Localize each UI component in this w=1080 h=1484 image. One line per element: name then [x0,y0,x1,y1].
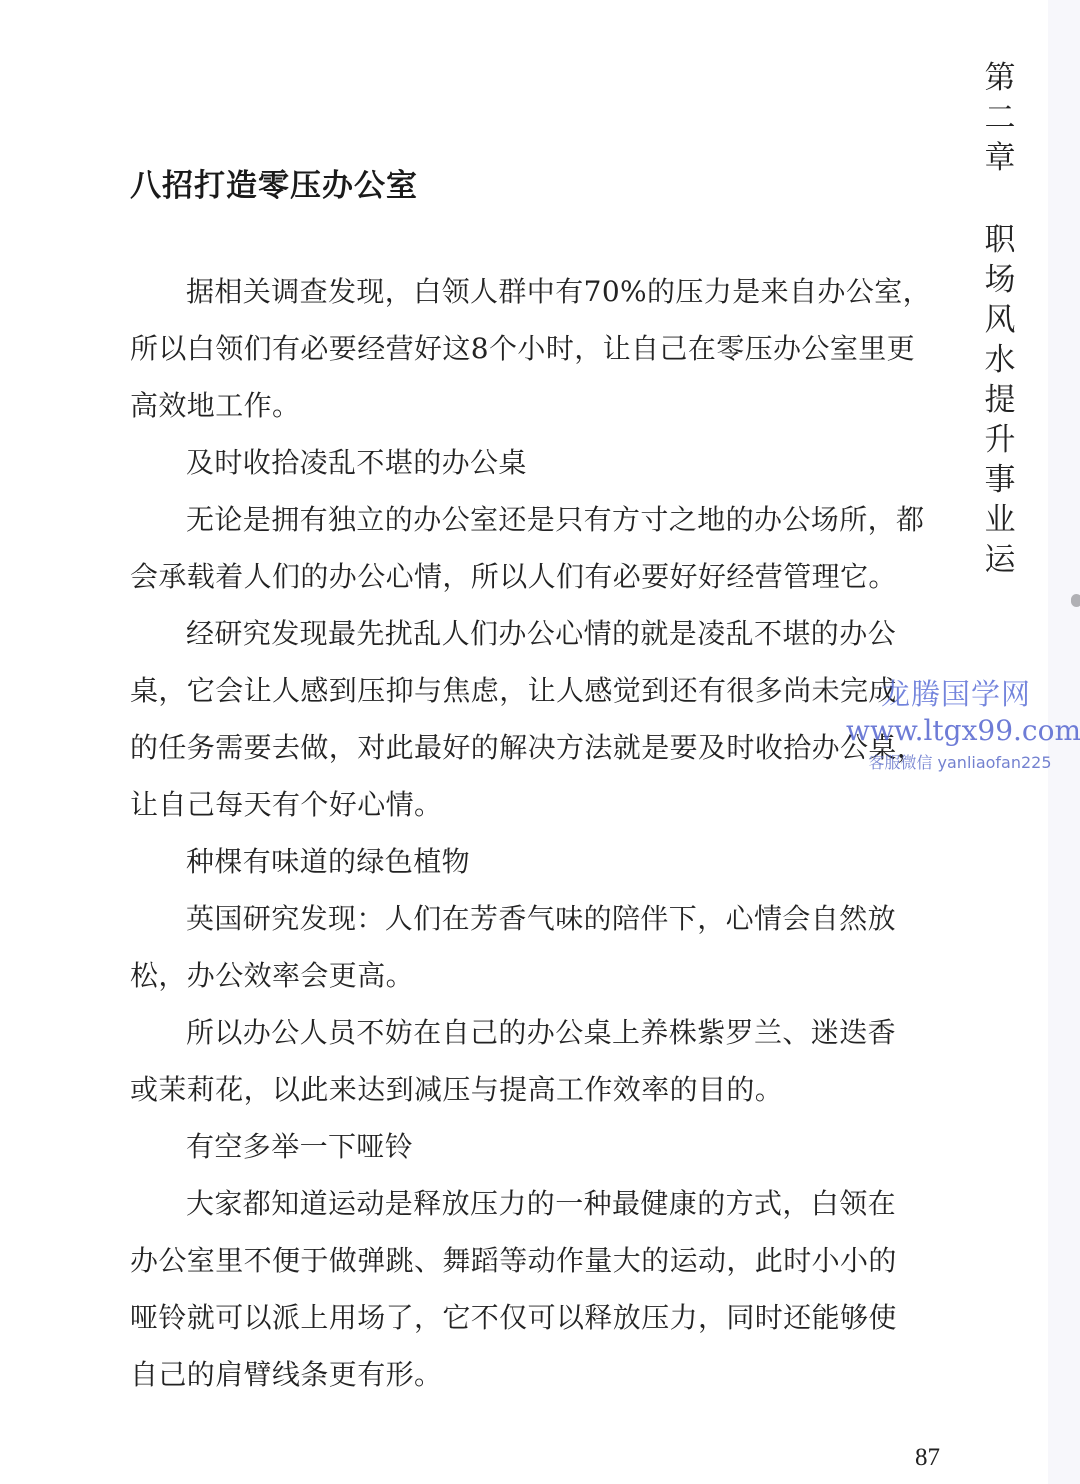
chapter-char: 章 [978,138,1022,178]
text-line: 大家都知道运动是释放压力的一种最健康的方式，白领在 [186,1182,896,1222]
page-number: 87 [915,1444,940,1472]
title-char: 提 [978,380,1022,420]
chapter-char: 二 [978,98,1022,138]
text-line: 让自己每天有个好心情。 [130,783,442,823]
book-page: 第 二 章 职 场 风 水 提 升 事 业 运 八招打造零压办公室 据相关调查发… [0,0,1080,1484]
text-line: 松，办公效率会更高。 [130,954,414,994]
watermark: 龙腾国学网 www.ltgx99.com 客服微信 yanliaofan225 [836,676,1076,776]
text-line: 或茉莉花，以此来达到减压与提高工作效率的目的。 [130,1068,783,1108]
title-char: 水 [978,340,1022,380]
text-line: 英国研究发现：人们在芳香气味的陪伴下，心情会自然放 [186,897,896,937]
text-line: 办公室里不便于做弹跳、舞蹈等动作量大的运动，此时小小的 [130,1239,897,1279]
chapter-side-title: 第 二 章 职 场 风 水 提 升 事 业 运 [978,58,1022,580]
title-char: 风 [978,300,1022,340]
text-line: 据相关调查发现，白领人群中有70%的压力是来自办公室， [186,270,931,310]
watermark-url: www.ltgx99.com [846,712,1076,750]
title-char: 职 [978,220,1022,260]
chapter-char: 第 [978,58,1022,98]
text-line: 桌，它会让人感到压抑与焦虑，让人感觉到还有很多尚未完成 [130,669,897,709]
scroll-indicator[interactable] [1071,594,1080,607]
text-line: 经研究发现最先扰乱人们办公心情的就是凌乱不堪的办公 [186,612,896,652]
text-line: 的任务需要去做，对此最好的解决方法就是要及时收拾办公桌， [130,726,925,766]
text-line: 会承载着人们的办公心情，所以人们有必要好好经营管理它。 [130,555,897,595]
text-line: 高效地工作。 [130,384,300,424]
title-char: 事 [978,460,1022,500]
title-char: 运 [978,540,1022,580]
watermark-contact: 客服微信 yanliaofan225 [844,750,1076,776]
text-line: 自己的肩臂线条更有形。 [130,1353,442,1393]
text-line: 有空多举一下哑铃 [186,1125,413,1165]
text-line: 及时收拾凌乱不堪的办公桌 [186,441,527,481]
section-heading: 八招打造零压办公室 [130,160,418,205]
title-char: 场 [978,260,1022,300]
title-char: 业 [978,500,1022,540]
text-line: 种棵有味道的绿色植物 [186,840,470,880]
text-line: 哑铃就可以派上用场了，它不仅可以释放压力，同时还能够使 [130,1296,897,1336]
text-line: 所以办公人员不妨在自己的办公桌上养株紫罗兰、迷迭香 [186,1011,896,1051]
watermark-site-name: 龙腾国学网 [836,676,1076,712]
text-line: 无论是拥有独立的办公室还是只有方寸之地的办公场所，都 [186,498,924,538]
text-line: 所以白领们有必要经营好这8个小时，让自己在零压办公室里更 [130,327,915,367]
title-char: 升 [978,420,1022,460]
